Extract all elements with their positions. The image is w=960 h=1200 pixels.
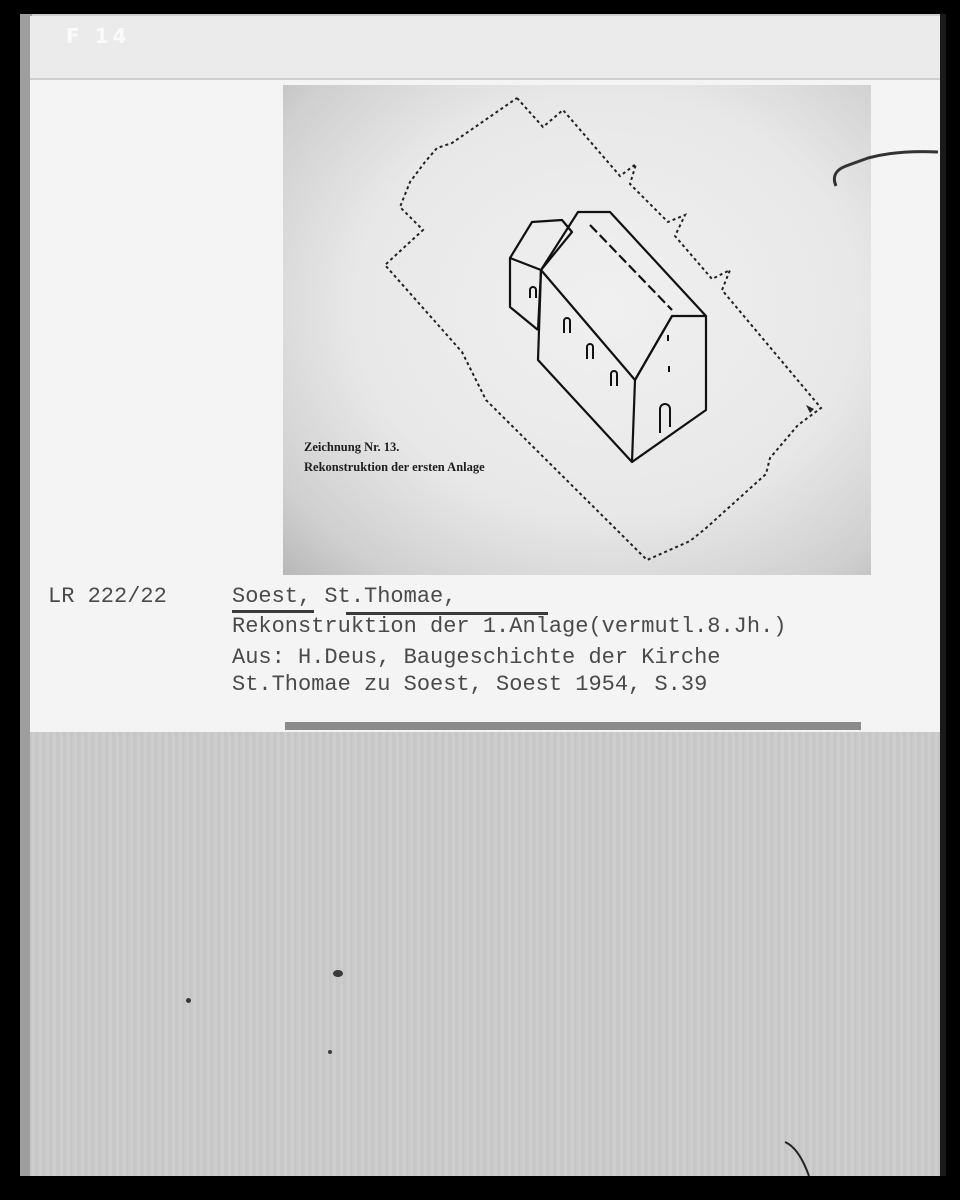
- film-right-edge: [940, 14, 946, 1176]
- scratch-mark: [0, 0, 960, 1200]
